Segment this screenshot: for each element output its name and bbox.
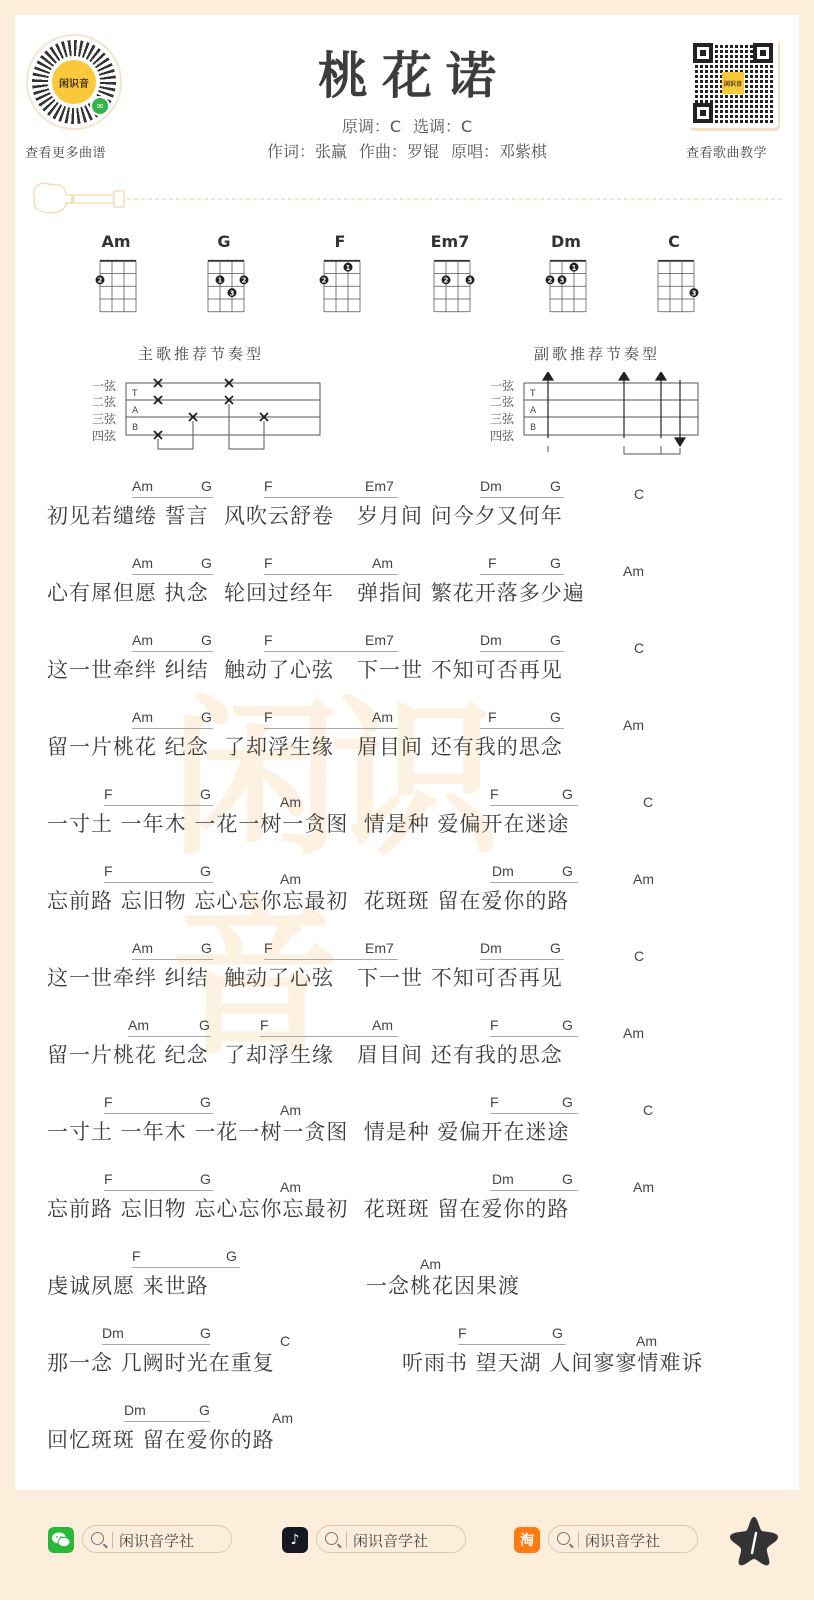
lyric-line: AmGFAmFGAm留一片桃花 纪念 了却浮生缘 眉目间 还有我的思念 [0, 709, 814, 769]
svg-text:2: 2 [322, 277, 327, 285]
chord-label: G [199, 1017, 210, 1033]
lyric-line: AmGFAmFGAm留一片桃花 纪念 了却浮生缘 眉目间 还有我的思念 [0, 1017, 814, 1077]
svg-text:3: 3 [230, 289, 235, 297]
chord-underline [264, 651, 398, 652]
separator [346, 1532, 347, 1548]
svg-text:3: 3 [468, 277, 473, 285]
svg-text:A: A [132, 406, 139, 416]
chord-label: Am [372, 555, 393, 571]
svg-text:T: T [131, 389, 138, 399]
chord-label: G [562, 786, 573, 802]
chord-label: Am [132, 940, 153, 956]
svg-text:2: 2 [98, 277, 103, 285]
chord-label: F [490, 1017, 499, 1033]
lyric-line: DmGCFGAm那一念 几阙时光在重复听雨书 望天湖 人间寥寥情难诉 [0, 1325, 814, 1385]
chord-label: Dm [480, 940, 502, 956]
chord-label: F [264, 940, 273, 956]
chord-underline [490, 1036, 578, 1037]
svg-text:三弦: 三弦 [490, 412, 515, 426]
chord-label: F [490, 1094, 499, 1110]
lyric-text: 这一世牵绊 纠结 触动了心弦 下一世 不知可否再见 [47, 654, 563, 684]
chord-label: Dm [492, 863, 514, 879]
chord-underline [480, 651, 564, 652]
svg-text:二弦: 二弦 [490, 395, 515, 409]
chord-underline [480, 959, 564, 960]
svg-text:2: 2 [444, 277, 449, 285]
chord-label: G [200, 1325, 211, 1341]
chord-label: G [552, 1325, 563, 1341]
svg-text:2: 2 [548, 277, 553, 285]
chord-underline [124, 1421, 210, 1422]
chord-label: Dm [492, 1171, 514, 1187]
qr-pattern: 闲识音 [693, 43, 773, 123]
chord-label: G [201, 940, 212, 956]
ukulele-divider-icon [32, 175, 782, 215]
svg-text:3: 3 [692, 289, 697, 297]
brand-star-icon [728, 1515, 780, 1567]
chord-diagram-g: G123 [194, 232, 254, 326]
chord-label: F [104, 863, 113, 879]
search-icon [325, 1532, 338, 1545]
chord-label: Am [623, 1025, 644, 1041]
chord-label: G [562, 1171, 573, 1187]
chord-label: F [104, 786, 113, 802]
composer: 作曲：罗锟 [359, 142, 439, 161]
chord-name: C [644, 232, 704, 252]
chord-label: G [201, 555, 212, 571]
chord-label: F [264, 478, 273, 494]
chord-underline [132, 651, 213, 652]
chord-label: G [201, 709, 212, 725]
lyric-text: 心有犀但愿 执念 轮回过经年 弹指间 繁花开落多少遍 [47, 577, 585, 607]
search-text: 闲识音学社 [585, 1530, 660, 1551]
chord-underline [458, 1344, 566, 1345]
lyric-line: AmGFEm7DmGC初见若缱绻 誓言 风吹云舒卷 岁月间 问今夕又何年 [0, 478, 814, 538]
chord-label: G [200, 1171, 211, 1187]
chord-underline [264, 959, 398, 960]
chord-label: F [260, 1017, 269, 1033]
fretboard: 3 [652, 252, 700, 322]
chord-name: Dm [536, 232, 596, 252]
lyric-text: 听雨书 望天湖 人间寥寥情难诉 [402, 1347, 703, 1377]
search-text: 闲识音学社 [353, 1530, 428, 1551]
lyric-text: 虔诚夙愿 来世路 [47, 1270, 209, 1300]
chord-name: Am [86, 232, 146, 252]
lyricist: 作词：张赢 [267, 142, 347, 161]
chord-label: F [490, 786, 499, 802]
chord-label: Am [132, 478, 153, 494]
chord-underline [132, 959, 213, 960]
chord-underline [264, 497, 398, 498]
lyric-text: 忘前路 忘旧物 忘心忘你忘最初 花斑斑 留在爱你的路 [47, 1193, 569, 1223]
chord-label: G [562, 1017, 573, 1033]
chord-label: Am [128, 1017, 149, 1033]
svg-text:1: 1 [346, 264, 351, 272]
lyric-text: 一寸土 一年木 一花一树一贪图 情是种 爱偏开在迷途 [47, 808, 569, 838]
lyric-text: 一念桃花因果渡 [366, 1270, 520, 1300]
douyin-search-pill[interactable]: 闲识音学社 [316, 1525, 466, 1553]
selected-key: 选调：C [413, 117, 472, 136]
svg-text:1: 1 [218, 277, 223, 285]
douyin-icon: ♪ [282, 1527, 308, 1553]
chord-label: C [643, 1102, 653, 1118]
chord-label: F [458, 1325, 467, 1341]
verse-rhythm-tab: 一弦 二弦 三弦 四弦 T A B [92, 372, 332, 462]
chord-label: Am [132, 709, 153, 725]
chord-label: G [200, 786, 211, 802]
lyric-line: AmGFAmFGAm心有犀但愿 执念 轮回过经年 弹指间 繁花开落多少遍 [0, 555, 814, 615]
qr-finder [693, 103, 713, 123]
lyric-text: 回忆斑斑 留在爱你的路 [47, 1424, 275, 1454]
chord-label: Em7 [365, 940, 394, 956]
chord-label: Am [372, 1017, 393, 1033]
chord-underline [490, 882, 578, 883]
svg-text:一弦: 一弦 [490, 379, 515, 393]
lyric-text: 那一念 几阙时光在重复 [47, 1347, 275, 1377]
chord-label: Dm [102, 1325, 124, 1341]
chord-label: F [264, 709, 273, 725]
lyric-text: 留一片桃花 纪念 了却浮生缘 眉目间 还有我的思念 [47, 731, 563, 761]
chord-label: F [488, 555, 497, 571]
tutorial-qr-code[interactable]: 闲识音 [688, 38, 778, 128]
qr-finder [753, 43, 773, 63]
lyric-line: DmGAm回忆斑斑 留在爱你的路 [0, 1402, 814, 1462]
chord-underline [102, 1344, 210, 1345]
svg-text:一弦: 一弦 [92, 379, 117, 393]
chord-label: Am [623, 563, 644, 579]
chord-label: Am [132, 632, 153, 648]
lyric-text: 这一世牵绊 纠结 触动了心弦 下一世 不知可否再见 [47, 962, 563, 992]
chord-label: G [200, 863, 211, 879]
lyric-text: 一寸土 一年木 一花一树一贪图 情是种 爱偏开在迷途 [47, 1116, 569, 1146]
fretboard: 123 [202, 252, 250, 322]
search-icon [91, 1532, 104, 1545]
lyric-line: FGAmFGC一寸土 一年木 一花一树一贪图 情是种 爱偏开在迷途 [0, 1094, 814, 1154]
chord-underline [480, 574, 564, 575]
chord-label: Em7 [365, 478, 394, 494]
svg-text:三弦: 三弦 [92, 412, 117, 426]
chord-label: G [226, 1248, 237, 1264]
chord-label: Am [623, 717, 644, 733]
chord-label: F [104, 1171, 113, 1187]
svg-text:二弦: 二弦 [92, 395, 117, 409]
chord-diagram-c: C3 [644, 232, 704, 326]
fretboard: 2 [94, 252, 142, 322]
chord-label: G [201, 632, 212, 648]
chord-label: Am [633, 871, 654, 887]
chord-label: G [550, 709, 561, 725]
svg-text:T: T [529, 389, 536, 399]
chord-name: Em7 [420, 232, 480, 252]
lyric-line: FGAm虔诚夙愿 来世路一念桃花因果渡 [0, 1248, 814, 1308]
chord-label: C [280, 1333, 290, 1349]
lyric-line: AmGFEm7DmGC这一世牵绊 纠结 触动了心弦 下一世 不知可否再见 [0, 632, 814, 692]
chord-label: C [634, 486, 644, 502]
svg-text:2: 2 [242, 277, 247, 285]
lyric-line: FGAmDmGAm忘前路 忘旧物 忘心忘你忘最初 花斑斑 留在爱你的路 [0, 863, 814, 923]
chord-label: F [488, 709, 497, 725]
chord-underline [264, 728, 398, 729]
separator [578, 1532, 579, 1548]
lyric-text: 留一片桃花 纪念 了却浮生缘 眉目间 还有我的思念 [47, 1039, 563, 1069]
chord-label: F [132, 1248, 141, 1264]
chord-label: G [199, 1402, 210, 1418]
chord-label: Am [633, 1179, 654, 1195]
lyric-line: AmGFEm7DmGC这一世牵绊 纠结 触动了心弦 下一世 不知可否再见 [0, 940, 814, 1000]
chord-label: F [264, 632, 273, 648]
chord-underline [490, 805, 578, 806]
chord-label: F [104, 1094, 113, 1110]
chord-underline [480, 497, 564, 498]
verse-rhythm-title: 主歌推荐节奏型 [138, 343, 264, 364]
fretboard: 23 [428, 252, 476, 322]
svg-text:B: B [530, 423, 536, 433]
chord-label: Am [132, 555, 153, 571]
wechat-search-pill[interactable]: 闲识音学社 [82, 1525, 232, 1553]
search-text: 闲识音学社 [119, 1530, 194, 1551]
chord-label: C [634, 640, 644, 656]
chord-label: Dm [124, 1402, 146, 1418]
chord-label: G [200, 1094, 211, 1110]
chord-underline [104, 1113, 213, 1114]
chord-underline [132, 574, 213, 575]
chord-label: Am [372, 709, 393, 725]
taobao-icon: 淘 [514, 1527, 540, 1553]
chord-underline [490, 1113, 578, 1114]
chord-underline [132, 728, 213, 729]
chord-label: Em7 [365, 632, 394, 648]
svg-text:四弦: 四弦 [490, 429, 515, 443]
chord-diagram-em7: Em723 [420, 232, 480, 326]
fretboard: 123 [544, 252, 592, 322]
chord-label: Dm [480, 478, 502, 494]
chord-label: Am [272, 1410, 293, 1426]
chorus-rhythm-title: 副歌推荐节奏型 [534, 343, 660, 364]
original-key: 原调：C [342, 117, 401, 136]
chord-label: C [643, 794, 653, 810]
chord-label: G [201, 478, 212, 494]
chord-underline [264, 574, 398, 575]
chord-label: Dm [480, 632, 502, 648]
chord-diagram-dm: Dm123 [536, 232, 596, 326]
search-icon [557, 1532, 570, 1545]
chord-underline [104, 805, 213, 806]
svg-text:3: 3 [560, 277, 565, 285]
chord-name: G [194, 232, 254, 252]
svg-text:1: 1 [572, 264, 577, 272]
lyric-line: FGAmDmGAm忘前路 忘旧物 忘心忘你忘最初 花斑斑 留在爱你的路 [0, 1171, 814, 1231]
chord-underline [480, 728, 564, 729]
chord-underline [260, 1036, 398, 1037]
lyric-line: FGAmFGC一寸土 一年木 一花一树一贪图 情是种 爱偏开在迷途 [0, 786, 814, 846]
right-qr-caption: 查看歌曲教学 [686, 142, 767, 161]
chord-label: G [562, 1094, 573, 1110]
chord-label: G [550, 555, 561, 571]
chorus-rhythm-tab: 一弦 二弦 三弦 四弦 T A B [490, 372, 730, 462]
chord-label: F [264, 555, 273, 571]
chord-diagram-am: Am2 [86, 232, 146, 326]
chord-label: G [550, 940, 561, 956]
chord-underline [132, 1267, 240, 1268]
taobao-search-pill[interactable]: 闲识音学社 [548, 1525, 698, 1553]
chord-diagram-f: F12 [310, 232, 370, 326]
fretboard: 12 [318, 252, 366, 322]
chord-underline [104, 882, 213, 883]
chord-label: C [634, 948, 644, 964]
chord-underline [132, 497, 213, 498]
qr-finder [693, 43, 713, 63]
svg-text:四弦: 四弦 [92, 429, 117, 443]
singer: 原唱：邓紫棋 [451, 142, 547, 161]
chord-underline [490, 1190, 578, 1191]
lyric-text: 初见若缱绻 誓言 风吹云舒卷 岁月间 问今夕又何年 [47, 500, 563, 530]
separator [112, 1532, 113, 1548]
chord-label: G [550, 478, 561, 494]
chord-name: F [310, 232, 370, 252]
chord-underline [104, 1190, 213, 1191]
chord-label: G [562, 863, 573, 879]
qr-logo: 闲识音 [722, 72, 744, 94]
svg-text:B: B [132, 423, 138, 433]
chord-underline [128, 1036, 211, 1037]
chord-label: G [550, 632, 561, 648]
svg-text:A: A [530, 406, 537, 416]
lyric-text: 忘前路 忘旧物 忘心忘你忘最初 花斑斑 留在爱你的路 [47, 885, 569, 915]
wechat-icon [48, 1527, 74, 1553]
